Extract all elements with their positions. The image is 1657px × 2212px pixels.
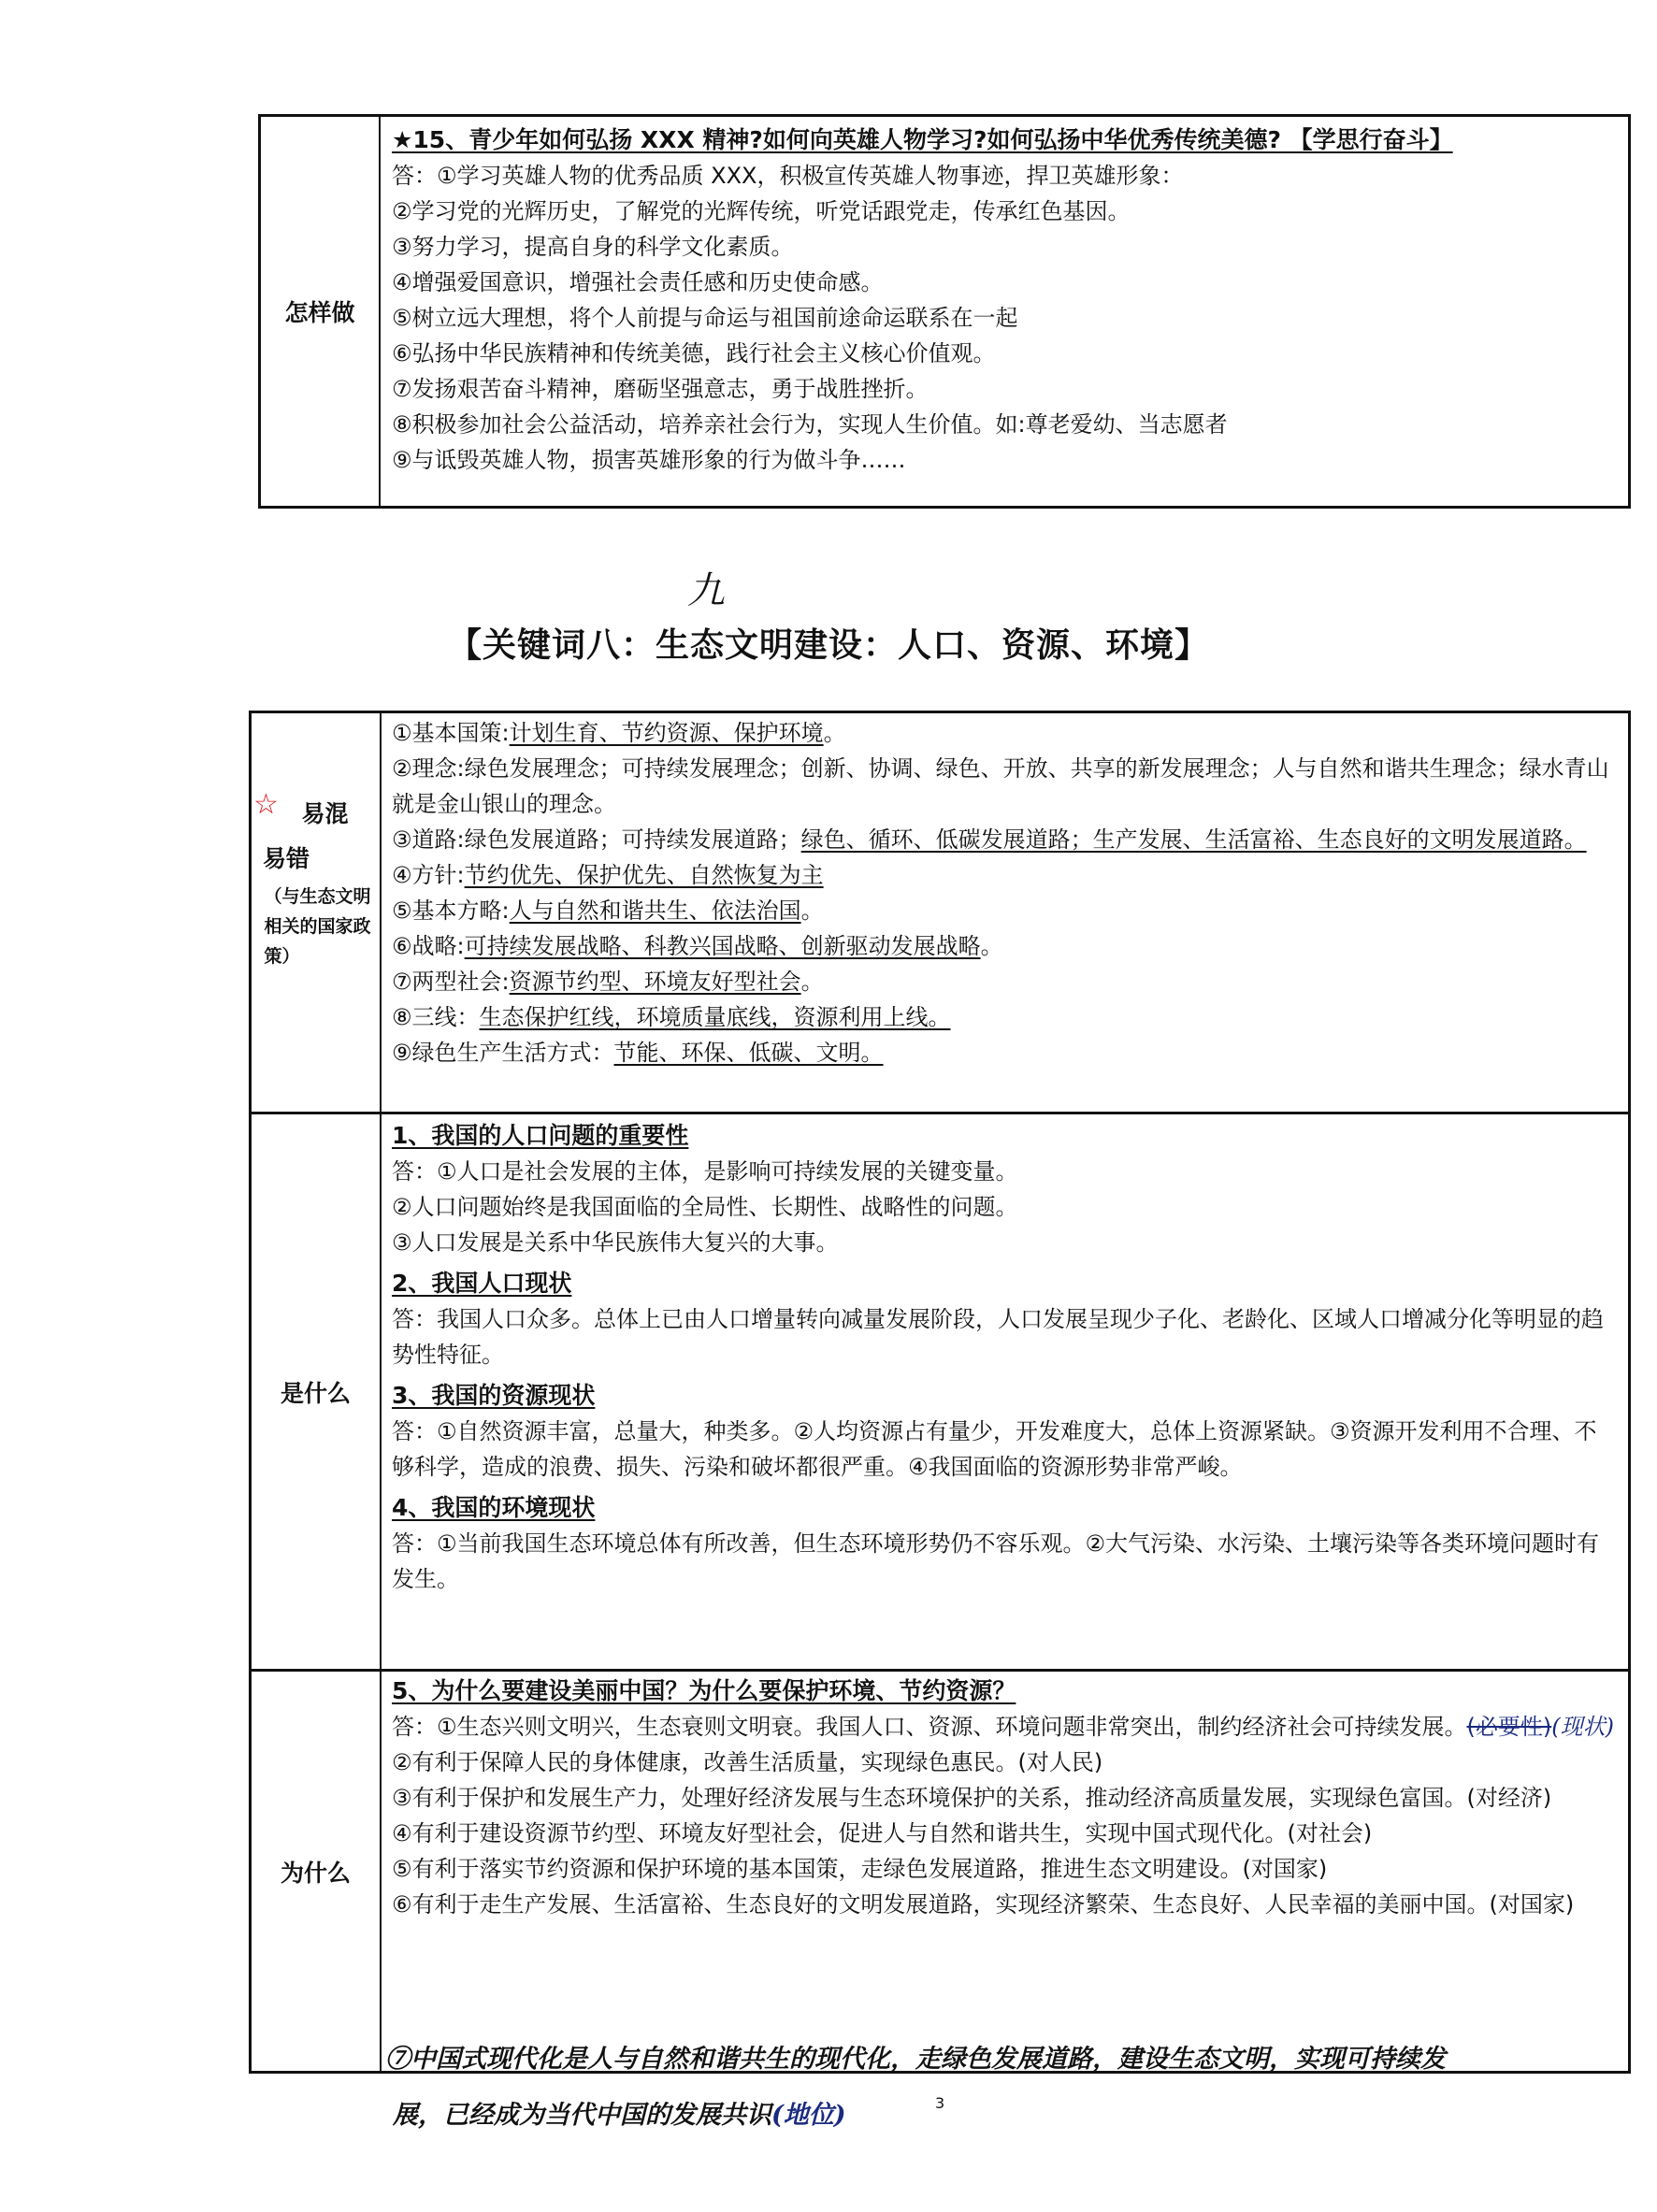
policy-item-1: ①基本国策:计划生育、节约资源、保护环境。 (392, 715, 1619, 751)
heading-population-importance: 1、我国的人口问题的重要性 (392, 1118, 1619, 1154)
answer-line: 答：①生态兴则文明兴，生态衰则文明衰。我国人口、资源、环境问题非常突出，制约经济… (392, 1709, 1619, 1745)
answer-line: ⑨与诋毁英雄人物，损害英雄形象的行为做斗争…… (392, 442, 1619, 478)
table-row-why: 为什么 5、为什么要建设美丽中国？为什么要保护环境、节约资源？ 答：①生态兴则文… (252, 1669, 1628, 2071)
answer-line: ⑧积极参加社会公益活动，培养亲社会行为，实现人生价值。如:尊老爱幼、当志愿者 (392, 407, 1619, 442)
heading-resource-status: 3、我国的资源现状 (392, 1378, 1619, 1414)
row-content-why: 5、为什么要建设美丽中国？为什么要保护环境、节约资源？ 答：①生态兴则文明兴，生… (392, 1673, 1619, 2071)
answer-line: 答：①人口是社会发展的主体，是影响可持续发展的关键变量。 (392, 1154, 1619, 1189)
policy-item-5: ⑤基本方略:人与自然和谐共生、依法治国。 (392, 893, 1619, 928)
answer-line: ③人口发展是关系中华民族伟大复兴的大事。 (392, 1225, 1619, 1260)
handwritten-note-line-2: 展，已经成为当代中国的发展共识(地位) (393, 2094, 846, 2131)
row-label-how: 怎样做 (261, 117, 381, 506)
handwritten-note-line-1: ⑦中国式现代化是人与自然和谐共生的现代化，走绿色发展道路，建设生态文明，实现可持… (385, 2038, 1446, 2075)
row-label-confusing: ☆ 易混 易错 （与生态文明相关的国家政策） (252, 713, 382, 1112)
answer-line: ②有利于保障人民的身体健康，改善生活质量，实现绿色惠民。(对人民) (392, 1745, 1619, 1780)
answer-line: 答：①当前我国生态环境总体有所改善，但生态环境形势仍不容乐观。②大气污染、水污染… (392, 1526, 1619, 1597)
red-star-icon: ☆ (253, 788, 279, 821)
heading-environment-status: 4、我国的环境现状 (392, 1490, 1619, 1526)
answer-line: ⑤有利于落实节约资源和保护环境的基本国策，走绿色发展道路，推进生态文明建设。(对… (392, 1851, 1619, 1887)
table-row-what: 是什么 1、我国的人口问题的重要性 答：①人口是社会发展的主体，是影响可持续发展… (252, 1112, 1628, 1669)
row-label-why: 为什么 (252, 1672, 382, 2071)
policy-item-2: ②理念:绿色发展理念；可持续发展理念；创新、协调、绿色、开放、共享的新发展理念；… (392, 751, 1619, 822)
handwritten-section-number: 九 (687, 561, 725, 614)
handwritten-position-note: (地位) (771, 2101, 846, 2130)
answer-line: ③努力学习，提高自身的科学文化素质。 (392, 229, 1619, 265)
label-line-1: 易混 (282, 792, 348, 837)
answer-line: 答：我国人口众多。总体上已由人口增量转向减量发展阶段，人口发展呈现少子化、老龄化… (392, 1301, 1619, 1372)
label-note: （与生态文明相关的国家政策） (257, 882, 375, 971)
answer-line: ②学习党的光辉历史，了解党的光辉传统，听党话跟党走，传承红色基因。 (392, 194, 1619, 229)
policy-item-4: ④方针:节约优先、保护优先、自然恢复为主 (392, 857, 1619, 893)
policy-item-7: ⑦两型社会:资源节约型、环境友好型社会。 (392, 964, 1619, 999)
label-line-2: 易错 (252, 837, 310, 882)
answer-line: 答：①自然资源丰富，总量大，种类多。②人均资源占有量少，开发难度大，总体上资源紧… (392, 1414, 1619, 1485)
policy-item-3: ③道路:绿色发展道路；可持续发展道路；绿色、循环、低碳发展道路；生产发展、生活富… (392, 822, 1619, 857)
answer-line: ⑥弘扬中华民族精神和传统美德，践行社会主义核心价值观。 (392, 336, 1619, 371)
answer-line: ⑤树立远大理想，将个人前提与命运与祖国前途命运联系在一起 (392, 300, 1619, 336)
row-content-confusing: ①基本国策:计划生育、节约资源、保护环境。 ②理念:绿色发展理念；可持续发展理念… (392, 715, 1619, 1112)
answer-line: ⑥有利于走生产发展、生活富裕、生态良好的文明发展道路，实现经济繁荣、生态良好、人… (392, 1887, 1619, 1922)
heading-population-status: 2、我国人口现状 (392, 1266, 1619, 1301)
table-row-how: 怎样做 ★15、青少年如何弘扬 XXX 精神?如何向英雄人物学习?如何弘扬中华优… (261, 117, 1628, 506)
answer-line: ④有利于建设资源节约型、环境友好型社会，促进人与自然和谐共生，实现中国式现代化。… (392, 1816, 1619, 1851)
question-heading-15: ★15、青少年如何弘扬 XXX 精神?如何向英雄人物学习?如何弘扬中华优秀传统美… (392, 122, 1619, 158)
row-label-what: 是什么 (252, 1114, 382, 1669)
table-ecology: ☆ 易混 易错 （与生态文明相关的国家政策） ①基本国策:计划生育、节约资源、保… (249, 711, 1631, 2074)
answer-line: ⑦发扬艰苦奋斗精神，磨砺坚强意志，勇于战胜挫折。 (392, 371, 1619, 407)
row-content-how: ★15、青少年如何弘扬 XXX 精神?如何向英雄人物学习?如何弘扬中华优秀传统美… (392, 122, 1619, 506)
table-row-confusing: ☆ 易混 易错 （与生态文明相关的国家政策） ①基本国策:计划生育、节约资源、保… (252, 713, 1628, 1112)
policy-item-8: ⑧三线：生态保护红线，环境质量底线，资源利用上线。 (392, 999, 1619, 1035)
answer-line: ④增强爱国意识，增强社会责任感和历史使命感。 (392, 265, 1619, 300)
heading-why-beautiful-china: 5、为什么要建设美丽中国？为什么要保护环境、节约资源？ (392, 1673, 1619, 1709)
answer-line: ③有利于保护和发展生产力，处理好经济发展与生态环境保护的关系，推动经济高质量发展… (392, 1780, 1619, 1816)
handwritten-annotation: (现状) (1551, 1714, 1614, 1740)
struck-annotation: (必要性) (1467, 1714, 1552, 1740)
answer-line: ②人口问题始终是我国面临的全局性、长期性、战略性的问题。 (392, 1189, 1619, 1225)
section-title: 【关键词八：生态文明建设：人口、资源、环境】 (0, 619, 1657, 667)
row-content-what: 1、我国的人口问题的重要性 答：①人口是社会发展的主体，是影响可持续发展的关键变… (392, 1118, 1619, 1669)
table-how-to-do: 怎样做 ★15、青少年如何弘扬 XXX 精神?如何向英雄人物学习?如何弘扬中华优… (258, 114, 1631, 509)
page-number: 3 (935, 2094, 944, 2112)
policy-item-9: ⑨绿色生产生活方式：节能、环保、低碳、文明。 (392, 1035, 1619, 1070)
policy-item-6: ⑥战略:可持续发展战略、科教兴国战略、创新驱动发展战略。 (392, 928, 1619, 964)
answer-line: 答：①学习英雄人物的优秀品质 XXX，积极宣传英雄人物事迹，捍卫英雄形象： (392, 158, 1619, 194)
